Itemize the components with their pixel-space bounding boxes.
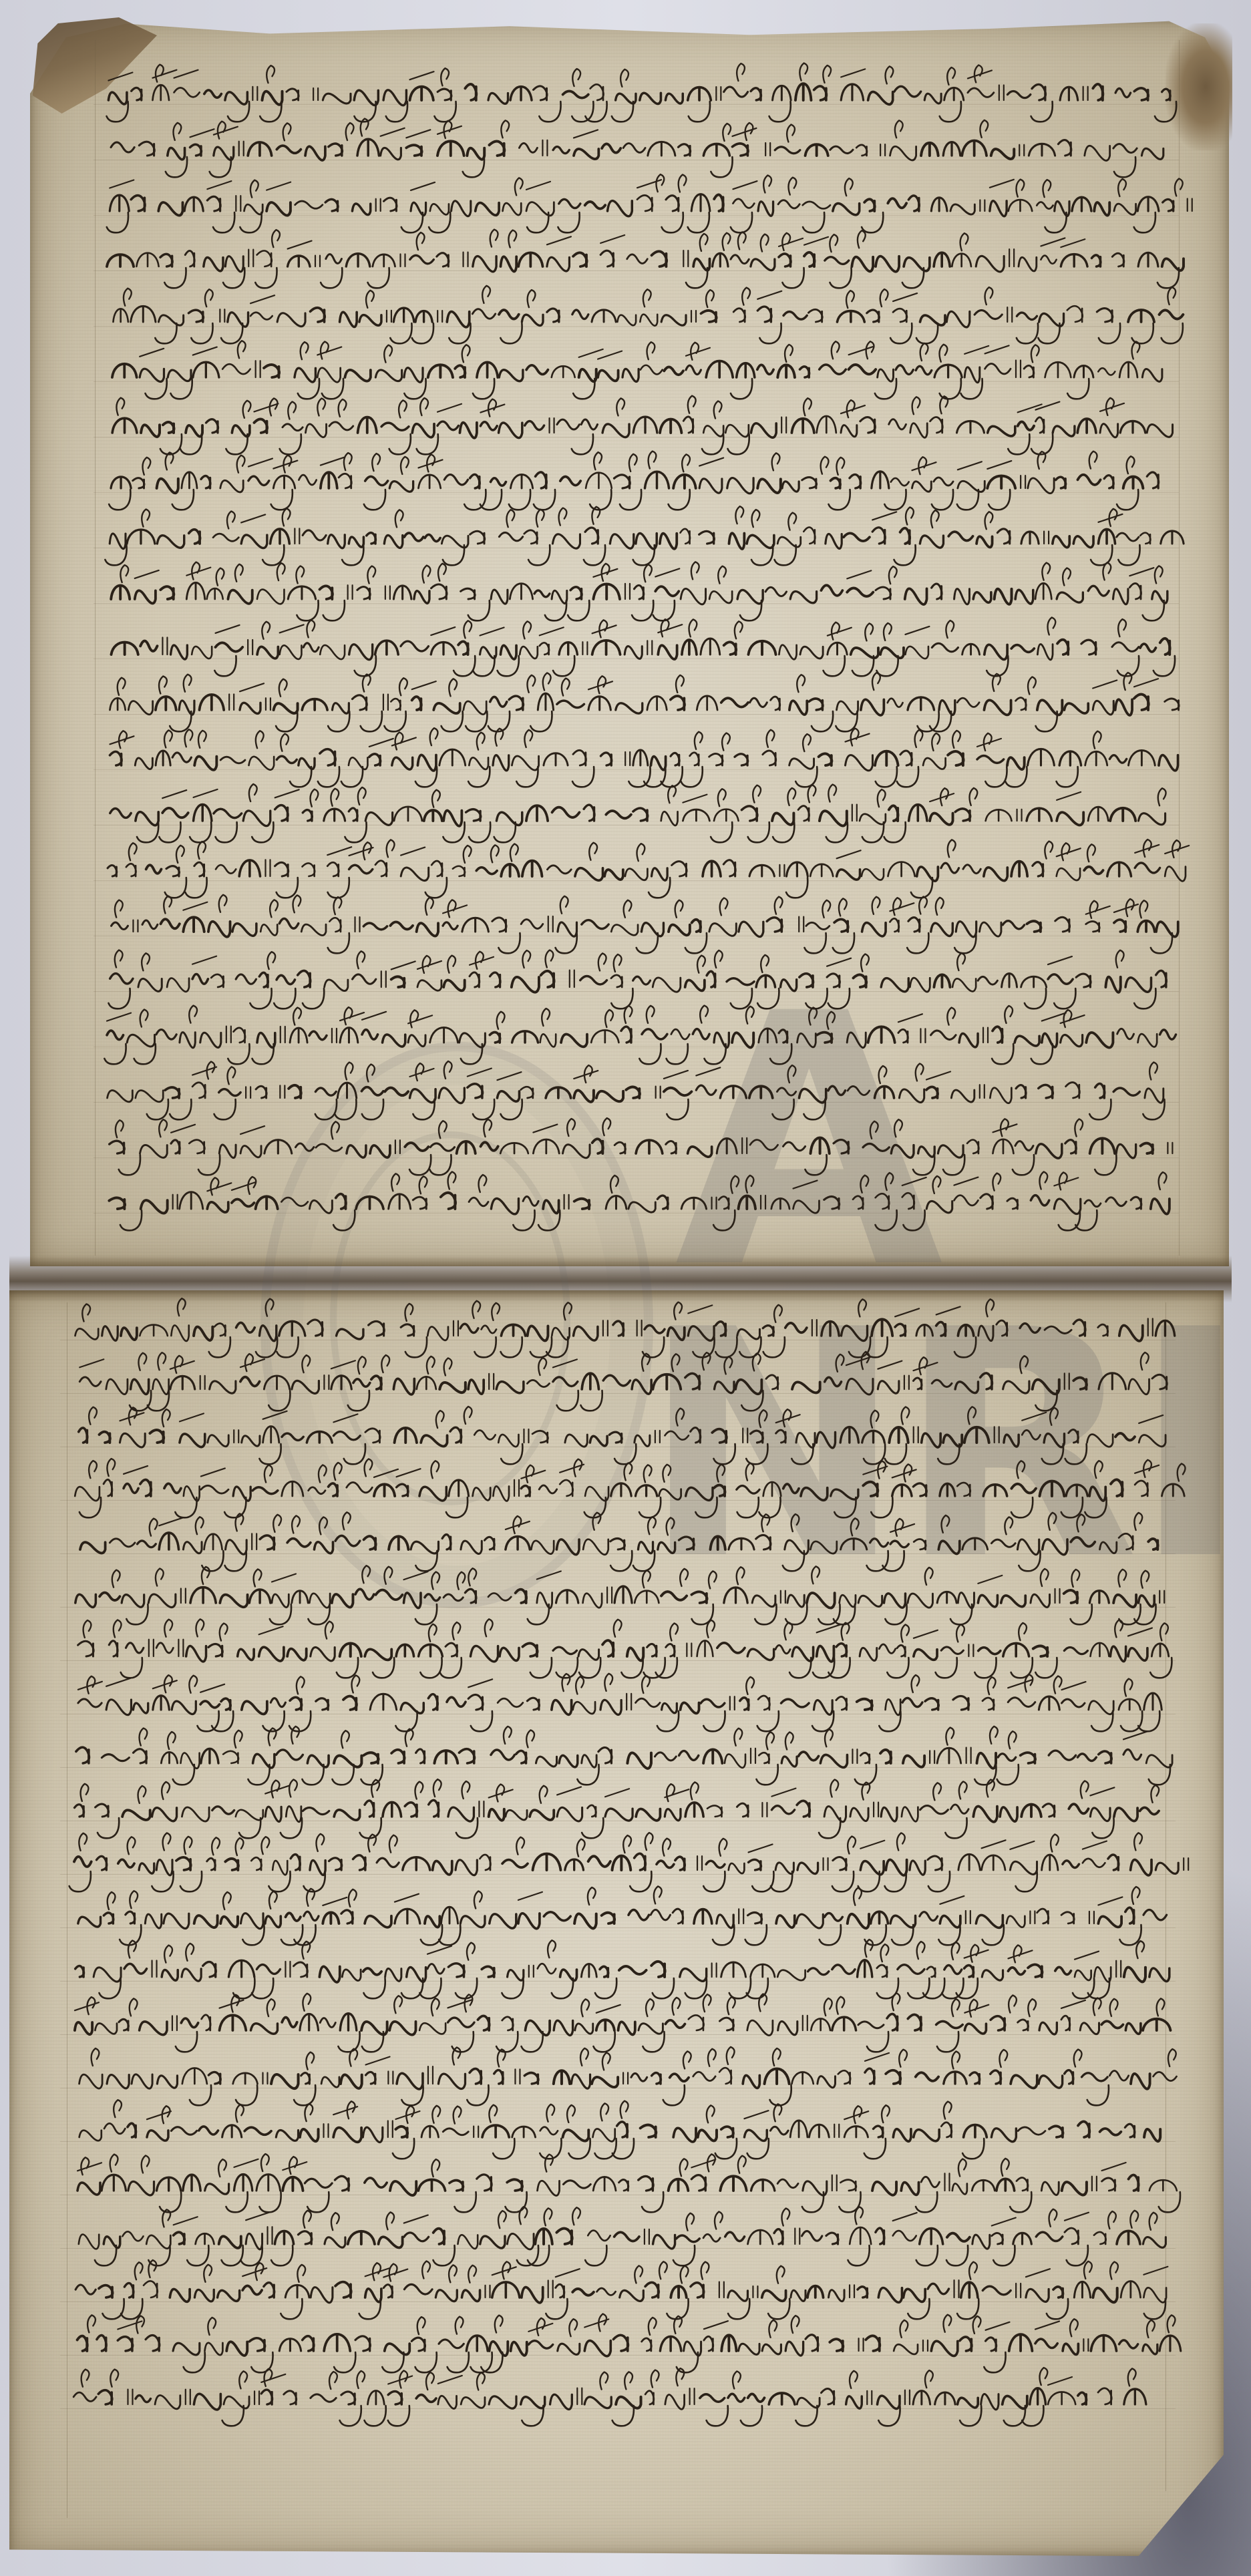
script-line	[76, 1726, 1172, 1785]
script-line	[110, 1118, 1173, 1175]
script-line	[110, 728, 1178, 787]
script-line	[109, 1171, 1169, 1230]
script-line	[78, 1619, 1172, 1678]
script-line	[75, 2260, 1168, 2319]
handwritten-script	[0, 0, 1251, 2576]
script-line	[80, 1512, 1158, 1571]
script-line	[112, 895, 1178, 954]
script-line	[73, 2368, 1146, 2426]
script-line	[75, 1940, 1170, 1998]
script-line	[107, 174, 1192, 232]
script-line	[111, 562, 1168, 620]
script-line	[79, 1407, 1166, 1464]
script-line	[111, 119, 1164, 178]
script-line	[108, 840, 1189, 898]
script-line	[107, 63, 1177, 122]
script-line	[75, 1993, 1171, 2052]
script-line	[75, 1779, 1159, 1838]
script-line	[104, 1006, 1176, 1065]
script-line	[113, 286, 1183, 343]
script-line	[75, 1566, 1164, 1624]
script-line	[77, 2314, 1181, 2373]
script-line	[75, 1459, 1185, 1517]
script-line	[109, 451, 1159, 510]
script-line	[79, 2047, 1177, 2105]
script-line	[77, 2154, 1180, 2212]
script-line	[79, 2100, 1161, 2159]
script-line	[69, 1833, 1189, 1891]
script-line	[79, 1352, 1167, 1411]
script-line	[108, 950, 1166, 1009]
script-line	[107, 230, 1184, 289]
script-line	[78, 1886, 1167, 1945]
script-line	[78, 1674, 1161, 1732]
script-line	[75, 1298, 1175, 1357]
script-line	[79, 2207, 1166, 2265]
script-line	[110, 784, 1166, 842]
script-line	[112, 396, 1172, 455]
script-line	[108, 1061, 1165, 1119]
script-line	[111, 617, 1175, 676]
script-line	[105, 506, 1184, 565]
script-line	[112, 341, 1162, 399]
script-line	[110, 673, 1179, 731]
